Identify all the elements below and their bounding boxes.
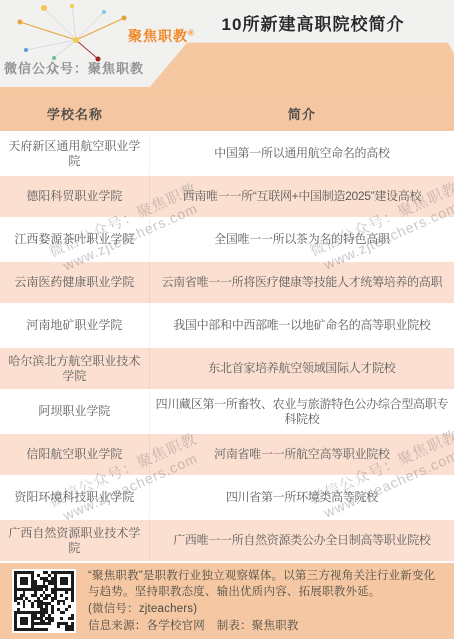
school-name-cell: 阿坝职业学院 — [0, 391, 150, 432]
school-intro-cell: 我国中部和中西部唯一以地矿命名的高等职业院校 — [150, 305, 454, 346]
column-header-school: 学校名称 — [0, 96, 150, 131]
school-name-cell: 江西婺源茶叶职业学院 — [0, 219, 150, 260]
school-intro-cell: 广西唯一一所自然资源类公办全日制高等职业院校 — [150, 520, 454, 561]
page-title: 10所新建高职院校简介 — [180, 10, 446, 35]
table-row: 江西婺源茶叶职业学院 全国唯一一所以茶为名的特色高职 — [0, 219, 454, 260]
column-header-intro: 简介 — [150, 96, 454, 131]
school-intro-cell: 四川藏区第一所畜牧、农业与旅游特色公办综合型高职专科院校 — [150, 391, 454, 432]
table-header-row: 学校名称 简介 — [0, 96, 454, 131]
table-row: 河南地矿职业学院 我国中部和中西部唯一以地矿命名的高等职业院校 — [0, 305, 454, 346]
school-name-cell: 信阳航空职业学院 — [0, 434, 150, 475]
table-body: 天府新区通用航空职业学院 中国第一所以通用航空命名的高校 德阳科贸职业学院 西南… — [0, 133, 454, 561]
table-row: 云南医药健康职业学院 云南省唯一一所将医疗健康等技能人才统筹培养的高职 — [0, 262, 454, 303]
colleges-table: 学校名称 简介 天府新区通用航空职业学院 中国第一所以通用航空命名的高校 德阳科… — [0, 96, 454, 561]
table-row: 哈尔滨北方航空职业技术学院 东北首家培养航空领域国际人才院校 — [0, 348, 454, 389]
school-intro-cell: 中国第一所以通用航空命名的高校 — [150, 133, 454, 174]
table-row: 阿坝职业学院 四川藏区第一所畜牧、农业与旅游特色公办综合型高职专科院校 — [0, 391, 454, 432]
school-name-cell: 天府新区通用航空职业学院 — [0, 133, 150, 174]
footer-description: “聚焦职教”是职教行业独立观察媒体。以第三方视角关注行业新变化与趋势。坚持职教态… — [88, 568, 444, 601]
table-row: 资阳环境科技职业学院 四川省第一所环境类高等院校 — [0, 477, 454, 518]
school-name-cell: 资阳环境科技职业学院 — [0, 477, 150, 518]
school-intro-cell: 西南唯一一所“互联网+中国制造2025”建设高校 — [150, 176, 454, 217]
footer-text: “聚焦职教”是职教行业独立观察媒体。以第三方视角关注行业新变化与趋势。坚持职教态… — [88, 568, 444, 635]
table-row: 德阳科贸职业学院 西南唯一一所“互联网+中国制造2025”建设高校 — [0, 176, 454, 217]
school-intro-cell: 云南省唯一一所将医疗健康等技能人才统筹培养的高职 — [150, 262, 454, 303]
table-row: 广西自然资源职业技术学院 广西唯一一所自然资源类公办全日制高等职业院校 — [0, 520, 454, 561]
school-name-cell: 德阳科贸职业学院 — [0, 176, 150, 217]
qr-code-grid — [14, 571, 74, 631]
school-intro-cell: 全国唯一一所以茶为名的特色高职 — [150, 219, 454, 260]
school-intro-cell: 东北首家培养航空领域国际人才院校 — [150, 348, 454, 389]
footer-source-line: 信息来源：各学校官网 制表：聚焦职教 — [88, 618, 444, 635]
page-footer: “聚焦职教”是职教行业独立观察媒体。以第三方视角关注行业新变化与趋势。坚持职教态… — [0, 563, 454, 639]
table-row: 信阳航空职业学院 河南省唯一一所航空高等职业院校 — [0, 434, 454, 475]
school-name-cell: 云南医药健康职业学院 — [0, 262, 150, 303]
school-intro-cell: 河南省唯一一所航空高等职业院校 — [150, 434, 454, 475]
school-name-cell: 广西自然资源职业技术学院 — [0, 520, 150, 561]
school-intro-cell: 四川省第一所环境类高等院校 — [150, 477, 454, 518]
qr-code — [12, 569, 76, 633]
footer-wechat-id: (微信号：zjteachers) — [88, 601, 444, 618]
wechat-account-line: 微信公众号：聚焦职教 — [4, 58, 144, 77]
school-name-cell: 河南地矿职业学院 — [0, 305, 150, 346]
page-header: 聚焦职教® 微信公众号：聚焦职教 10所新建高职院校简介 — [0, 0, 454, 96]
table-row: 天府新区通用航空职业学院 中国第一所以通用航空命名的高校 — [0, 133, 454, 174]
school-name-cell: 哈尔滨北方航空职业技术学院 — [0, 348, 150, 389]
